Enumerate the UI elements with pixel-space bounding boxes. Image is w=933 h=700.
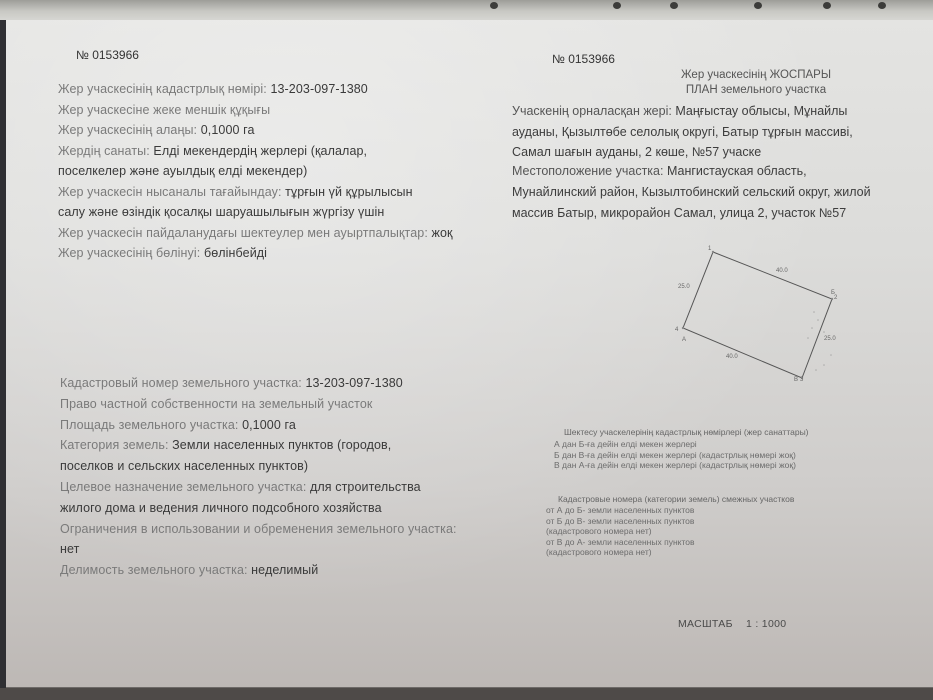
ru-field-label: Ограничения в использовании и обременени…	[60, 522, 457, 536]
plan-title-ru: ПЛАН земельного участка	[646, 84, 866, 96]
ru-field-label: Кадастровый номер земельного участка:	[60, 376, 305, 390]
vertex-letter-v: В	[794, 377, 798, 383]
document-sheet: № 0153966 Жер учаскесінің кадастрлық нөм…	[6, 12, 933, 687]
ru-field-line: Ограничения в использовании и обременени…	[60, 522, 457, 536]
kz-field-label: Жер учаскесіне жеке меншік құқығы	[58, 103, 270, 117]
ru-field-label: Делимость земельного участка:	[60, 563, 251, 577]
kz-field-label: Жер учаскесін пайдаланудағы шектеулер ме…	[58, 226, 432, 240]
kz-field-value: тұрғын үй құрылысын	[285, 185, 413, 199]
ru-field-value: 13-203-097-1380	[305, 376, 402, 390]
ru-field-line: Делимость земельного участка: неделимый	[60, 563, 318, 577]
neighbor-ru-line: от Б до В- земли населенных пунктов	[546, 516, 694, 526]
scale-label: МАСШТАБ	[678, 618, 733, 630]
neighbor-kz-line: В дан А-ға дейін елді мекен жерлері (кад…	[554, 460, 796, 470]
location-ru-line: массив Батыр, микрорайон Самал, улица 2,…	[512, 206, 846, 220]
location-kz-label: Учаскенің орналасқан жері:	[512, 104, 675, 118]
side-length-left: 25.0	[678, 284, 690, 290]
vertex-letter-a: А	[682, 337, 686, 343]
location-ru-label: Местоположение участка:	[512, 164, 667, 178]
vertex-label-3: 3	[800, 377, 804, 383]
location-kz-line: Учаскенің орналасқан жері: Маңғыстау обл…	[512, 104, 847, 118]
binder-strip	[0, 0, 933, 20]
neighbor-ru-line: (кадастрового номера нет)	[546, 547, 652, 557]
binder-hole	[823, 2, 831, 9]
kz-field-label: Жер учаскесінің алаңы:	[58, 123, 201, 137]
neighbor-ru-line: от А до Б- земли населенных пунктов	[546, 505, 694, 515]
ru-field-line: Целевое назначение земельного участка: д…	[60, 480, 421, 494]
vertex-label-1: 1	[708, 246, 712, 252]
left-doc-number: № 0153966	[76, 48, 139, 62]
ru-field-label: Право частной собственности на земельный…	[60, 397, 372, 411]
kz-field-value: 0,1000 га	[201, 123, 255, 137]
ru-field-value: для строительства	[310, 480, 421, 494]
ru-field-line: нет	[60, 542, 79, 556]
kz-field-line: поселкелер және ауылдық елді мекендер)	[58, 164, 307, 178]
ru-field-label: Целевое назначение земельного участка:	[60, 480, 310, 494]
kz-field-value: поселкелер және ауылдық елді мекендер)	[58, 164, 307, 178]
binder-hole	[878, 2, 886, 9]
kz-field-label: Жер учаскесінің бөлінуі:	[58, 246, 204, 260]
side-length-bottom: 40.0	[726, 354, 738, 360]
kz-field-line: Жер учаскесінің алаңы: 0,1000 га	[58, 123, 255, 137]
neighbor-ru-line: (кадастрового номера нет)	[546, 526, 652, 536]
kz-field-line: салу және өзіндік қосалқы шаруашылығын ж…	[58, 205, 384, 219]
ru-field-line: жилого дома и ведения личного подсобного…	[60, 501, 382, 515]
location-ru-line: Мунайлинский район, Кызылтобинский сельс…	[512, 185, 871, 199]
kz-field-line: Жердің санаты: Елді мекендердің жерлері …	[58, 144, 367, 158]
kz-field-line: Жер учаскесінің кадастрлық нөмірі: 13-20…	[58, 82, 368, 96]
ru-field-value: жилого дома и ведения личного подсобного…	[60, 501, 382, 515]
kz-field-label: Жер учаскесін нысаналы тағайындау:	[58, 185, 285, 199]
neighbor-kz-line: А дан Б-ға дейін елді мекен жерлері	[554, 439, 697, 449]
vertex-label-4: 4	[675, 327, 679, 333]
location-kz-line: Самал шағын ауданы, 2 көше, №57 учаске	[512, 145, 761, 159]
binder-hole	[613, 2, 621, 9]
scale-value: 1 : 1000	[746, 618, 786, 630]
ru-field-label: Категория земель:	[60, 438, 172, 452]
kz-field-value: бөлінбейді	[204, 246, 267, 260]
location-ru-value: Мунайлинский район, Кызылтобинский сельс…	[512, 185, 871, 199]
kz-field-line: Жер учаскесінің бөлінуі: бөлінбейді	[58, 246, 267, 260]
ru-field-line: Категория земель: Земли населенных пункт…	[60, 438, 391, 452]
ru-field-label: Площадь земельного участка:	[60, 418, 242, 432]
neighbor-kz-line: Б дан В-ға дейін елді мекен жерлері (кад…	[554, 450, 796, 460]
ru-field-value: Земли населенных пунктов (городов,	[172, 438, 391, 452]
kz-field-label: Жердің санаты:	[58, 144, 153, 158]
kz-field-value: жоқ	[432, 226, 453, 240]
ru-field-line: Право частной собственности на земельный…	[60, 397, 372, 411]
ru-field-line: поселков и сельских населенных пунктов)	[60, 459, 308, 473]
background-edge	[0, 688, 933, 700]
location-kz-value: Самал шағын ауданы, 2 көше, №57 учаске	[512, 145, 761, 159]
kz-field-label: Жер учаскесінің кадастрлық нөмірі:	[58, 82, 270, 96]
kz-field-line: Жер учаскесін нысаналы тағайындау: тұрғы…	[58, 185, 413, 199]
neighbor-ru-line: от В до А- земли населенных пунктов	[546, 537, 695, 547]
side-length-right: 25.0	[824, 336, 836, 342]
scale-indicator: МАСШТАБ 1 : 1000	[678, 618, 786, 630]
location-ru-line: Местоположение участка: Мангистауская об…	[512, 164, 807, 178]
ru-field-value: поселков и сельских населенных пунктов)	[60, 459, 308, 473]
vertex-label-2: 2	[834, 295, 838, 301]
land-plot-plan-diagram: 1 Б 2 В 3 4 А 40.0 25.0 40.0 25.0	[666, 240, 846, 390]
neighbors-ru-title: Кадастровые номера (категории земель) см…	[558, 494, 794, 504]
location-kz-value: ауданы, Қызылтөбе селолық округі, Батыр …	[512, 125, 853, 139]
location-ru-value: массив Батыр, микрорайон Самал, улица 2,…	[512, 206, 846, 220]
binder-hole	[754, 2, 762, 9]
neighbors-kz-title: Шектесу учаскелерінің кадастрлық нөмірле…	[564, 427, 809, 437]
kz-field-value: 13-203-097-1380	[270, 82, 367, 96]
side-length-top: 40.0	[776, 268, 788, 274]
kz-field-value: Елді мекендердің жерлері (қалалар,	[153, 144, 367, 158]
plot-boundary	[683, 252, 832, 378]
ru-field-value: 0,1000 га	[242, 418, 296, 432]
ru-field-value: неделимый	[251, 563, 318, 577]
plan-title-kz: Жер учаскесінің ЖОСПАРЫ	[646, 69, 866, 81]
right-doc-number: № 0153966	[552, 52, 615, 66]
location-ru-value: Мангистауская область,	[667, 164, 807, 178]
kz-field-line: Жер учаскесіне жеке меншік құқығы	[58, 103, 270, 117]
ru-field-value: нет	[60, 542, 79, 556]
location-kz-line: ауданы, Қызылтөбе селолық округі, Батыр …	[512, 125, 853, 139]
location-kz-value: Маңғыстау облысы, Мұнайлы	[675, 104, 847, 118]
kz-field-line: Жер учаскесін пайдаланудағы шектеулер ме…	[58, 226, 453, 240]
kz-field-value: салу және өзіндік қосалқы шаруашылығын ж…	[58, 205, 384, 219]
ru-field-line: Кадастровый номер земельного участка: 13…	[60, 376, 403, 390]
binder-hole	[490, 2, 498, 9]
ru-field-line: Площадь земельного участка: 0,1000 га	[60, 418, 296, 432]
binder-hole	[670, 2, 678, 9]
